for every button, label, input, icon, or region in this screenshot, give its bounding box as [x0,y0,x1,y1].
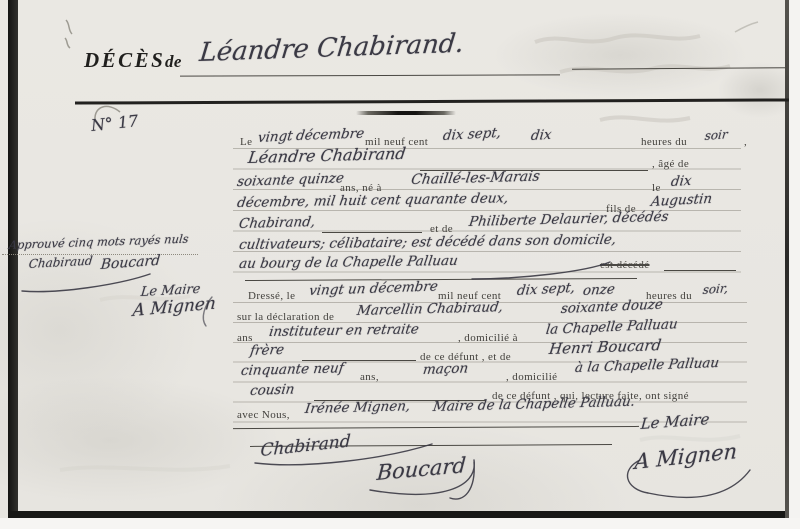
margin-guide [2,254,198,255]
act1-soir-entry: soir [704,127,728,143]
act1-place-line: au bourg de la Chapelle Palluau [238,253,459,272]
section-ornament [356,111,456,115]
act1-age-entry: soixante quinze [236,170,345,190]
act1-birthday-entry: dix [670,173,693,190]
death-record-scan: DÉCÈS de Léandre Chabirand. N° 17 Le vin… [0,0,800,529]
act2-printed-dresse: Dressé, le [248,290,295,302]
paragraph-separator-rule [245,278,637,281]
act1-mother-entry: Philiberte Delaurier, décédés [468,209,669,230]
margin-approval-note: Approuvé cinq mots rayés nuls [8,232,189,252]
act2-date-entry: vingt un décembre [308,278,439,299]
scan-border-bottom [8,511,789,518]
signature-chabirand: Chabirand [260,431,351,461]
act2-declarant2-prof-entry: maçon [422,360,469,378]
act1-name-entry: Léandre Chabirand [247,144,407,167]
act1-father2-entry: Chabirand, [238,214,316,232]
header-deces-label: DÉCÈS [84,48,165,73]
scan-border-left [8,0,18,519]
header-de-label: de [165,52,182,72]
act1-father-entry: Augustin [650,191,713,210]
act1-birthplace-entry: Chaillé-les-Marais [410,169,541,188]
act-number: N° 17 [90,111,139,135]
act2-declarant1-age-entry: soixante douze [560,296,664,317]
act2-printed-avec-nous: avec Nous, [237,409,290,421]
act2-soir-entry: soir, [702,281,729,297]
act2-domicile1-entry: la Chapelle Palluau [545,316,679,338]
closing-rule-1 [233,426,639,429]
signature-mayor-title: Le Maire [640,410,710,433]
act2-declarant2-age-entry: cinquante neuf [240,360,345,379]
act1-printed-heures: heures du [641,136,687,148]
act1-printed-comma: , [744,136,747,148]
act1-printed-le2: le [652,182,661,194]
act1-trailing-rule [664,270,736,271]
act1-blank-rule-1 [322,232,422,233]
act2-year-entry: dix sept, [516,280,576,299]
signature-mignen: A Mignen [634,439,738,474]
act1-month-entry: décembre [295,126,365,144]
act2-relation2-entry: cousin [249,381,296,399]
act1-printed-est-decede-struck: est décédé [600,259,650,271]
act1-printed-age: , âgé de [652,158,689,170]
margin-sig-chabiraud: Chabiraud [28,254,93,271]
act2-declarant2-entry: Henri Boucard [548,336,662,358]
act2-hour-entry: onze [582,281,616,299]
act2-mayor-title-entry: Maire de la Chapelle Palluau. [432,394,636,415]
act1-birthyear-entry: décembre, mil huit cent quarante deux, [236,190,509,211]
act2-declarant1-prof-entry: instituteur en retraite [268,321,420,340]
act2-mayor-name-entry: Irénée Mignen, [304,398,411,417]
act1-year-entry: dix sept, [442,125,502,144]
act1-status-line: cultivateurs; célibataire; est décédé da… [238,232,617,253]
act2-relation1-entry: frère [249,342,285,359]
scan-edge-strip [789,0,800,529]
header-right-underline [572,67,788,70]
act2-printed-domicilie1: , domicilié à [458,332,518,344]
act2-printed-ans2: ans, [360,371,379,383]
act1-printed-le: Le [240,136,252,148]
act1-hour-entry: dix [530,127,553,144]
header-name-underline [180,74,560,76]
act1-day-entry: vingt [257,128,294,146]
signature-boucard: Boucard [376,453,467,485]
margin-sig-boucard: Boucard [100,253,161,273]
header-main-rule [75,98,789,104]
act2-declarant1-entry: Marcellin Chabiraud, [356,299,504,319]
scan-edge-strip-bottom [0,518,800,529]
act2-printed-declaration: sur la déclaration de [237,311,334,323]
act2-domicile2-entry: à la Chapelle Palluau [574,355,720,376]
act2-printed-domicilie2: , domicilié [506,371,557,383]
header-deceased-name: Léandre Chabirand. [198,29,465,68]
